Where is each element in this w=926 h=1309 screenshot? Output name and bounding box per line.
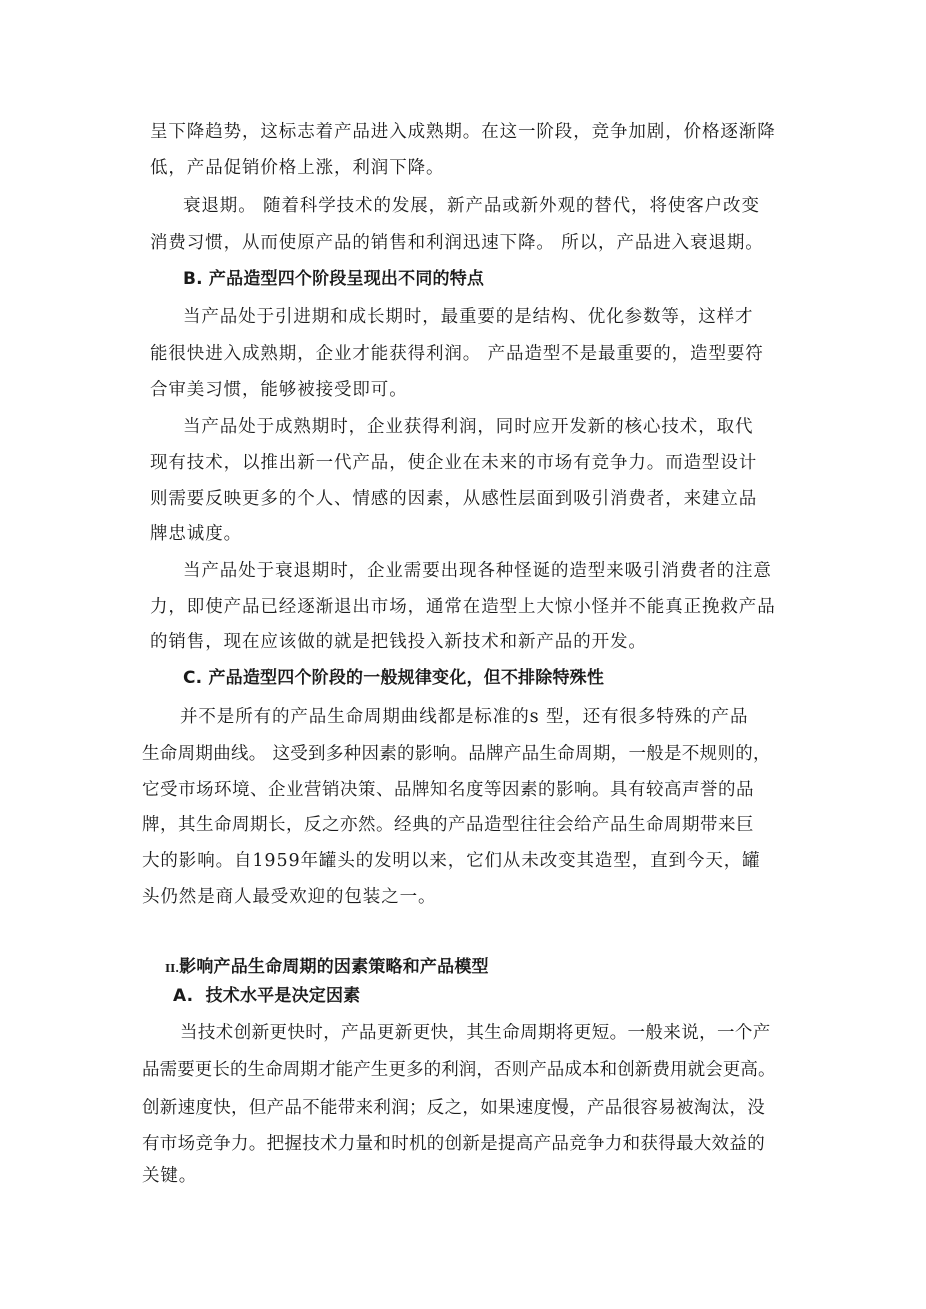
section-heading-c: C. 产品造型四个阶段的一般规律变化，但不排除特殊性 [183, 666, 604, 690]
body-text-line: 牌，其生命周期长，反之亦然。经典的产品造型往往会给产品生命周期带来巨 [142, 813, 754, 837]
body-text-line: 生命周期曲线。 这受到多种因素的影响。品牌产品生命周期，一般是不规则的， [142, 742, 771, 766]
body-text-line: 当产品处于成熟期时，企业获得利润，同时应开发新的核心技术，取代 [183, 415, 753, 439]
body-text-line: 力，即使产品已经逐渐退出市场，通常在造型上大惊小怪并不能真正挽救产品 [150, 595, 776, 619]
body-text-line: 当产品处于引进期和成长期时，最重要的是结构、优化参数等，这样才 [183, 305, 753, 329]
section-heading-a: A. 技术水平是决定因素 [173, 984, 360, 1008]
section-heading-b: B. 产品造型四个阶段呈现出不同的特点 [183, 267, 484, 291]
body-text-line: 头仍然是商人最受欢迎的包装之一。 [142, 885, 436, 909]
body-text-line: 大的影响。自1959年罐头的发明以来，它们从未改变其造型，直到今天，罐 [142, 849, 761, 873]
body-text-line: 当产品处于衰退期时，企业需要出现各种怪诞的造型来吸引消费者的注意 [183, 559, 772, 583]
body-text-line: 有市场竞争力。把握技术力量和时机的创新是提高产品竞争力和获得最大效益的 [142, 1132, 765, 1156]
body-text-line: 合审美习惯，能够被接受即可。 [150, 378, 408, 402]
body-text-line: 关键。 [142, 1164, 197, 1188]
roman-numeral: II. [165, 962, 179, 975]
body-text-line: 的销售，现在应该做的就是把钱投入新技术和新产品的开发。 [150, 630, 647, 654]
body-text-line: 呈下降趋势，这标志着产品进入成熟期。在这一阶段，竞争加剧，价格逐渐降 [150, 120, 776, 144]
chapter-heading-ii: II.影响产品生命周期的因素策略和产品模型 [165, 955, 489, 981]
body-text-line: 牌忠诚度。 [150, 522, 242, 546]
body-text-line: 能很快进入成熟期，企业才能获得利润。 产品造型不是最重要的，造型要符 [150, 342, 764, 366]
body-text-line: 则需要反映更多的个人、情感的因素，从感性层面到吸引消费者，来建立品 [150, 487, 757, 511]
body-text-line: 当技术创新更快时，产品更新更快，其生命周期将更短。一般来说，一个产 [180, 1021, 771, 1045]
body-text-line: 创新速度快，但产品不能带来利润；反之，如果速度慢，产品很容易被淘汰，没 [142, 1096, 765, 1120]
body-text-line: 消费习惯，从而使原产品的销售和利润迅速下降。 所以，产品进入衰退期。 [150, 231, 764, 255]
body-text-line: 它受市场环境、企业营销决策、品牌知名度等因素的影响。具有较高声誉的品 [142, 778, 754, 802]
body-text-line: 现有技术，以推出新一代产品，使企业在未来的市场有竞争力。而造型设计 [150, 451, 757, 475]
body-text-line: 低，产品促销价格上涨，利润下降。 [150, 156, 444, 180]
body-text-line: 品需要更长的生命周期才能产生更多的利润，否则产品成本和创新费用就会更高。 [142, 1058, 776, 1082]
chapter-heading-text: 影响产品生命周期的因素策略和产品模型 [179, 957, 489, 977]
body-text-line: 衰退期。 随着科学技术的发展，新产品或新外观的替代，将使客户改变 [183, 194, 760, 218]
body-text-line: 并不是所有的产品生命周期曲线都是标准的s 型，还有很多特殊的产品 [180, 705, 748, 729]
